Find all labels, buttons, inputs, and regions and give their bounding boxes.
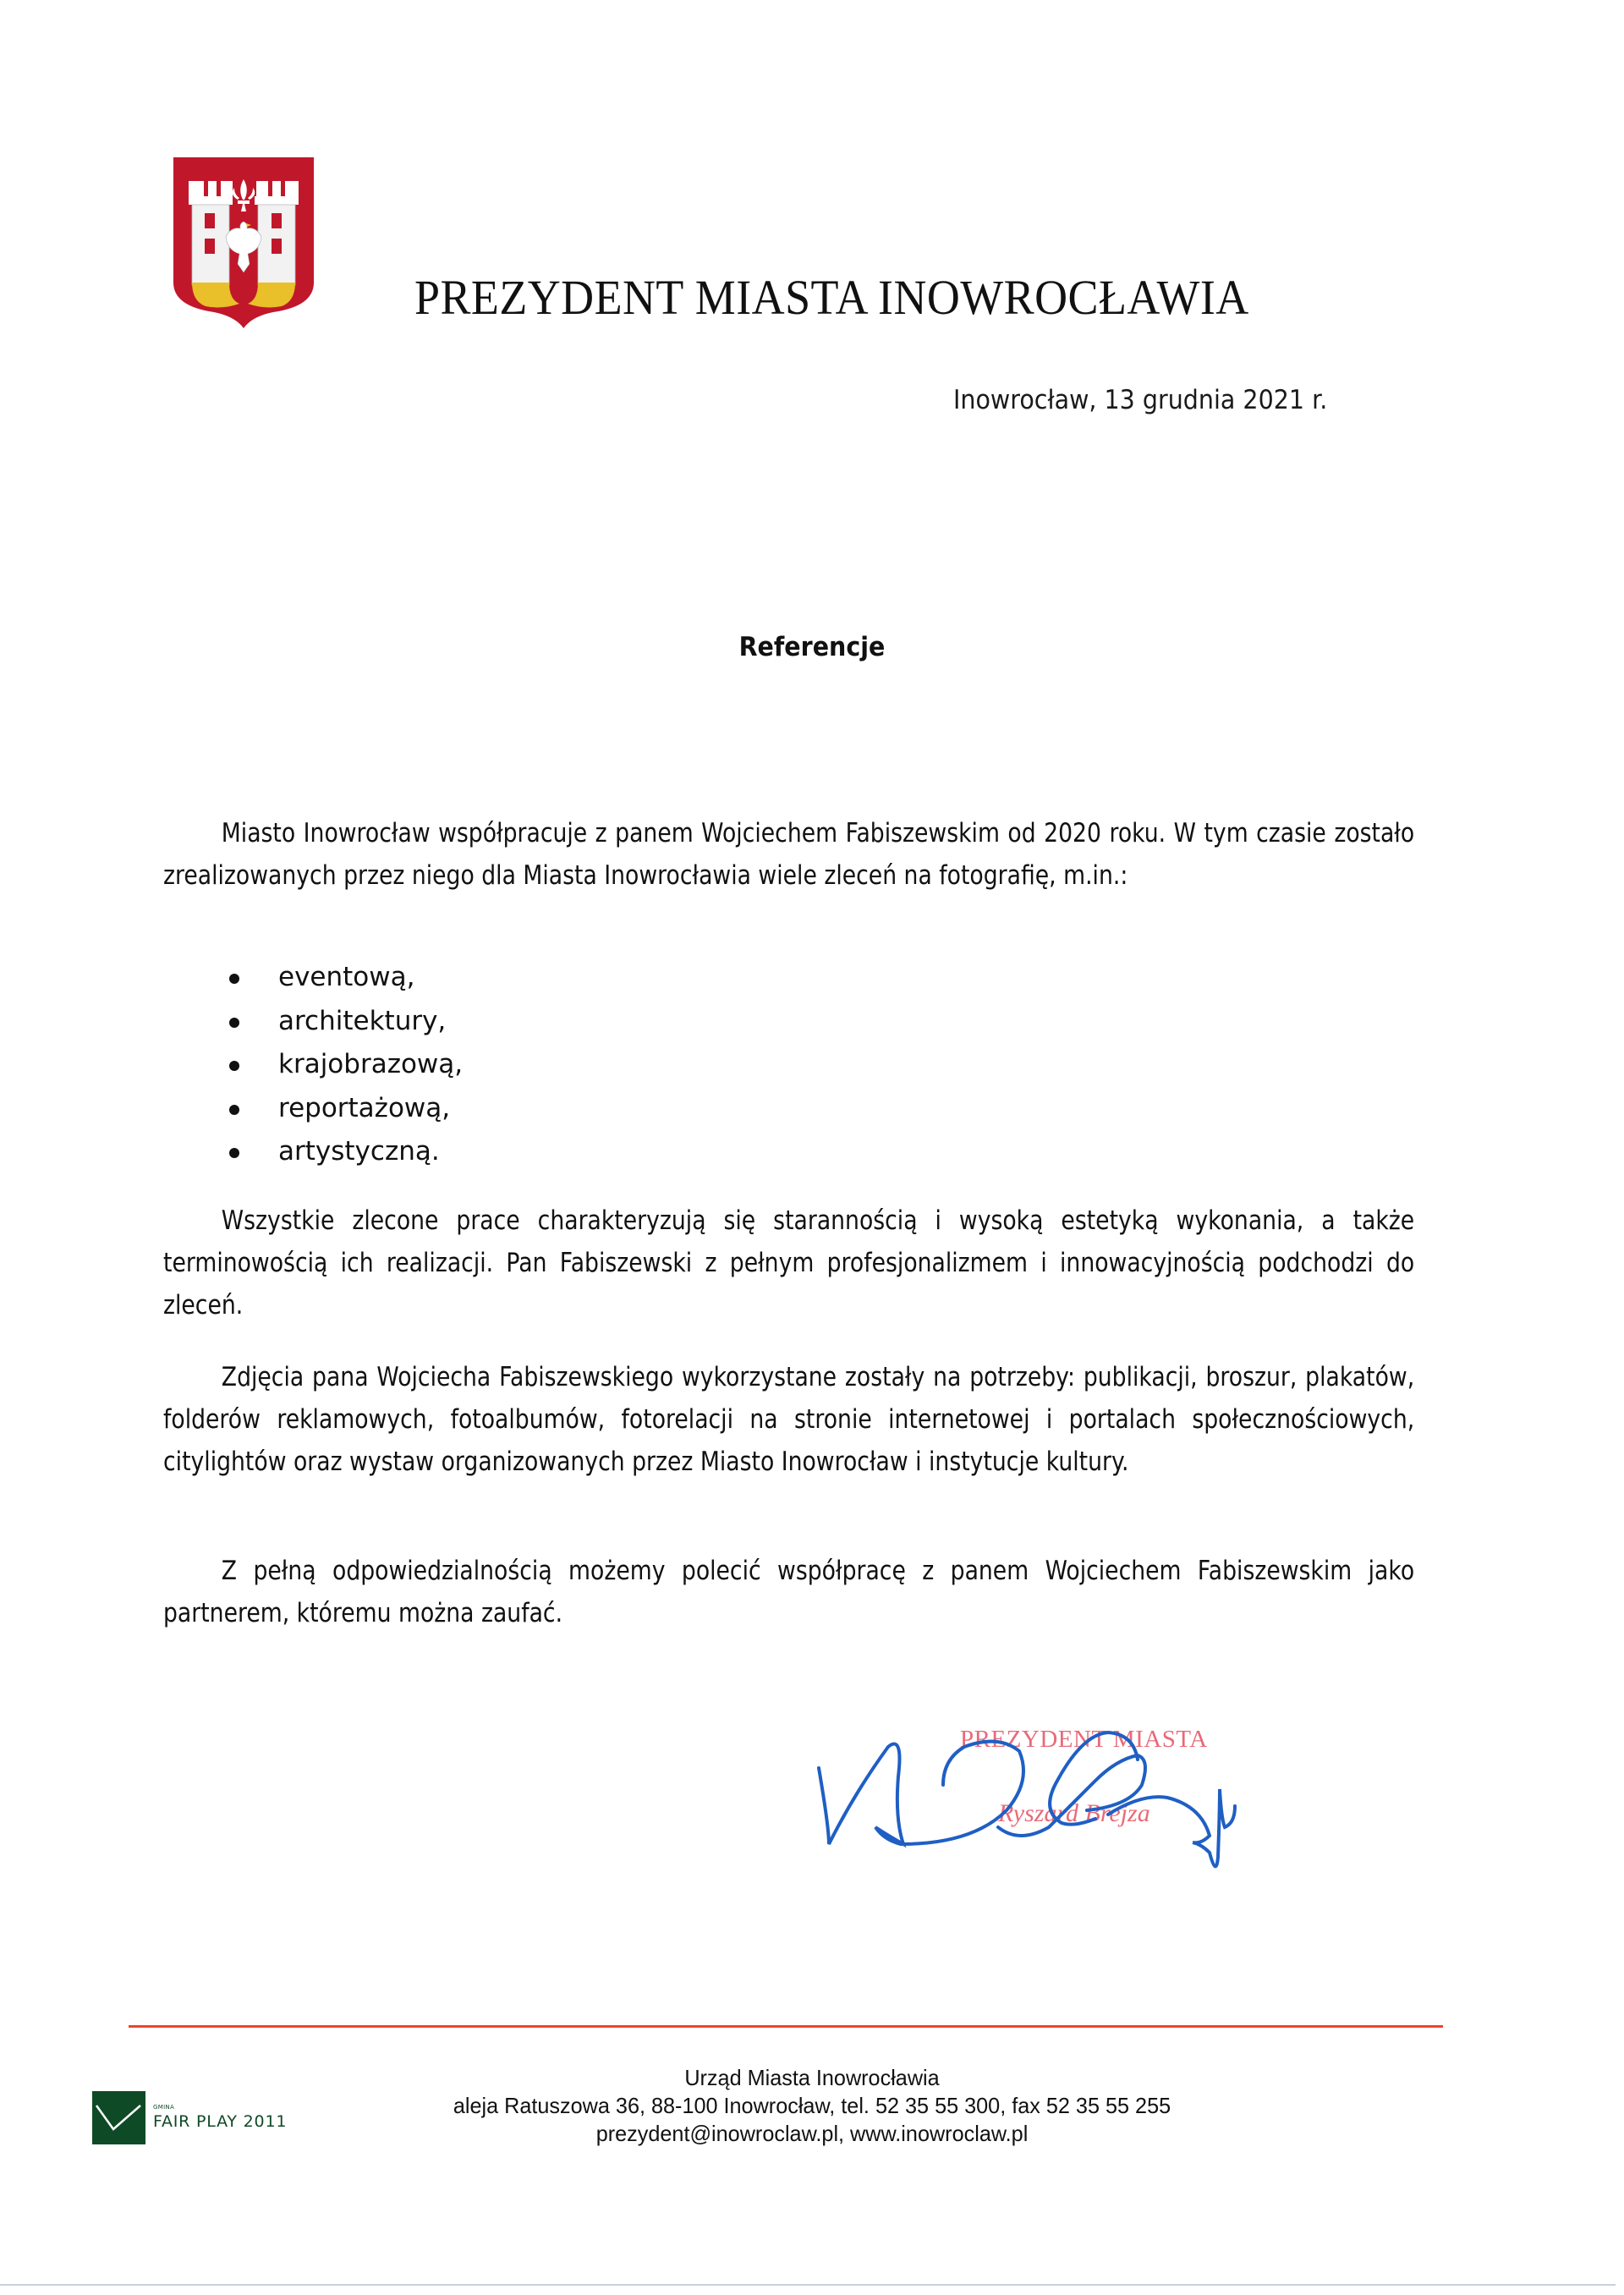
letter-date: Inowrocław, 13 grudnia 2021 r. <box>953 385 1327 415</box>
footer-office: Urząd Miasta Inowrocławia <box>25 2064 1599 2092</box>
paragraph-usage-text: Zdjęcia pana Wojciecha Fabiszewskiego wy… <box>163 1356 1414 1483</box>
footer-address: aleja Ratuszowa 36, 88-100 Inowrocław, t… <box>25 2092 1599 2120</box>
photography-types-list: eventową, architektury, krajobrazową, re… <box>224 956 463 1174</box>
paragraph-quality-text: Wszystkie zlecone prace charakteryzują s… <box>163 1200 1414 1326</box>
paragraph-recommendation: Z pełną odpowiedzialnością możemy poleci… <box>163 1550 1414 1634</box>
paragraph-recommendation-text: Z pełną odpowiedzialnością możemy poleci… <box>163 1550 1414 1634</box>
letterhead-title: PREZYDENT MIASTA INOWROCŁAWIA <box>414 269 1319 326</box>
paragraph-intro-text: Miasto Inowrocław współpracuje z panem W… <box>163 812 1414 897</box>
footer-contact: Urząd Miasta Inowrocławia aleja Ratuszow… <box>0 2064 1624 2148</box>
list-item: eventową, <box>224 956 463 1000</box>
list-item: artystyczną. <box>224 1130 463 1174</box>
paragraph-intro: Miasto Inowrocław współpracuje z panem W… <box>163 812 1414 897</box>
coat-of-arms-icon <box>172 156 315 330</box>
letter-heading: Referencje <box>65 632 1559 662</box>
list-item: krajobrazową, <box>224 1043 463 1087</box>
list-item: reportażową, <box>224 1087 463 1131</box>
footer-divider <box>129 2025 1443 2028</box>
paragraph-usage: Zdjęcia pana Wojciecha Fabiszewskiego wy… <box>163 1356 1414 1483</box>
page-edge <box>0 2284 1616 2286</box>
list-item: architektury, <box>224 1000 463 1044</box>
footer-contact-links: prezydent@inowroclaw.pl, www.inowroclaw.… <box>25 2120 1599 2148</box>
handwritten-signature-icon <box>804 1700 1396 1886</box>
paragraph-quality: Wszystkie zlecone prace charakteryzują s… <box>163 1200 1414 1326</box>
